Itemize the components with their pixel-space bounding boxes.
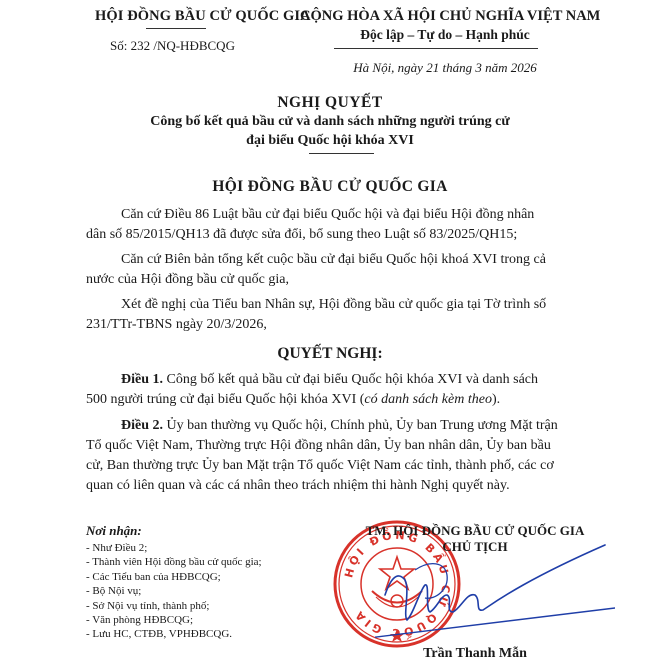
divider [146, 28, 206, 29]
recipient-item: - Như Điều 2; [86, 541, 262, 555]
preamble-paragraph: Xét đề nghị của Tiểu ban Nhân sự, Hội đồ… [86, 295, 586, 335]
recipient-item: - Thành viên Hội đồng bầu cử quốc gia; [86, 555, 262, 569]
decision-heading: QUYẾT NGHỊ: [80, 345, 580, 363]
article-2: Điều 2. Ủy ban thường vụ Quốc hội, Chính… [86, 416, 586, 496]
paragraph-line: cử, Ban thường trực Ủy ban Mặt trận Tổ q… [86, 456, 586, 476]
divider [334, 48, 538, 49]
paragraph-line: Căn cứ Biên bản tổng kết cuộc bầu cử đại… [86, 250, 586, 270]
paragraph-line: dân số 85/2015/QH13 đã được sửa đổi, bổ … [86, 225, 586, 245]
recipient-item: - Các Tiểu ban của HĐBCQG; [86, 570, 262, 584]
national-title: CỘNG HÒA XÃ HỘI CHỦ NGHĨA VIỆT NAM [300, 8, 590, 25]
article-text: 500 người trúng cử đại biểu Quốc hội khó… [86, 392, 364, 407]
preamble-paragraph: Căn cứ Điều 86 Luật bầu cử đại biểu Quốc… [86, 205, 586, 245]
paragraph-line: quan có liên quan và các cá nhân theo tr… [86, 476, 586, 496]
paragraph-line: Điều 1. Công bố kết quả bầu cử đại biểu … [86, 370, 586, 390]
article-label: Điều 1. [121, 372, 163, 387]
paragraph-line: Xét đề nghị của Tiểu ban Nhân sự, Hội đồ… [86, 295, 586, 315]
resolution-document: HỘI ĐỒNG BẦU CỬ QUỐC GIA Số: 232 /NQ-HĐB… [0, 0, 648, 669]
paragraph-line: Tổ quốc Việt Nam, Thường trực Hội đồng n… [86, 436, 586, 456]
recipient-item: - Sở Nội vụ tỉnh, thành phố; [86, 599, 262, 613]
paragraph-line: Điều 2. Ủy ban thường vụ Quốc hội, Chính… [86, 416, 586, 436]
article-text: Ủy ban thường vụ Quốc hội, Chính phủ, Ủy… [163, 418, 558, 433]
article-1: Điều 1. Công bố kết quả bầu cử đại biểu … [86, 370, 586, 410]
document-type: NGHỊ QUYẾT [80, 94, 580, 112]
paragraph-line: nước của Hội đồng bầu cử quốc gia, [86, 270, 586, 290]
recipient-item: - Bộ Nội vụ; [86, 584, 262, 598]
document-subject-line-2: đại biểu Quốc hội khóa XVI [80, 133, 580, 149]
recipients-list: - Như Điều 2; - Thành viên Hội đồng bầu … [86, 541, 262, 642]
preamble-paragraph: Căn cứ Biên bản tổng kết cuộc bầu cử đại… [86, 250, 586, 290]
paragraph-line: 500 người trúng cử đại biểu Quốc hội khó… [86, 390, 586, 410]
divider [309, 153, 374, 154]
paragraph-line: 231/TTr-TBNS ngày 20/3/2026, [86, 315, 586, 335]
document-subject-line-1: Công bố kết quả bầu cử và danh sách nhữn… [80, 114, 580, 130]
handwritten-signature-icon [375, 540, 615, 650]
issuing-authority-heading: HỘI ĐỒNG BẦU CỬ QUỐC GIA [80, 178, 580, 196]
article-label: Điều 2. [121, 418, 163, 433]
article-text: ). [492, 392, 500, 407]
recipients-title: Nơi nhận: [86, 523, 142, 539]
article-text: Công bố kết quả bầu cử đại biểu Quốc hội… [163, 372, 538, 387]
recipient-item: - Lưu HC, CTĐB, VPHĐBCQG. [86, 627, 262, 641]
recipient-item: - Văn phòng HĐBCQG; [86, 613, 262, 627]
article-note: có danh sách kèm theo [364, 392, 492, 407]
paragraph-line: Căn cứ Điều 86 Luật bầu cử đại biểu Quốc… [86, 205, 586, 225]
signer-name: Trần Thanh Mẫn [330, 646, 620, 662]
issuing-organization: HỘI ĐỒNG BẦU CỬ QUỐC GIA [95, 8, 311, 25]
signature-on-behalf: TM. HỘI ĐỒNG BẦU CỬ QUỐC GIA [330, 523, 620, 539]
place-and-date: Hà Nội, ngày 21 tháng 3 năm 2026 [300, 60, 590, 76]
document-number: Số: 232 /NQ-HĐBCQG [110, 38, 235, 54]
national-motto: Độc lập – Tự do – Hạnh phúc [300, 27, 590, 43]
